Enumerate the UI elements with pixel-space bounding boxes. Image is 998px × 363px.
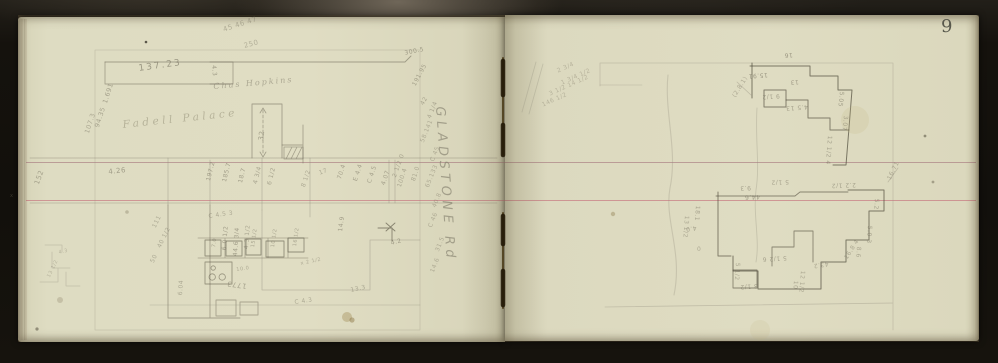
notebook-photo: 45 46 47250300.54.31.69194.35107.332191.… xyxy=(0,0,998,363)
page-edge-stack-right xyxy=(974,16,979,340)
page-edge-stack xyxy=(18,19,27,340)
measurement-annotation: x xyxy=(10,193,13,199)
notebook-page-left xyxy=(18,17,505,342)
notebook-page-right xyxy=(505,15,979,341)
